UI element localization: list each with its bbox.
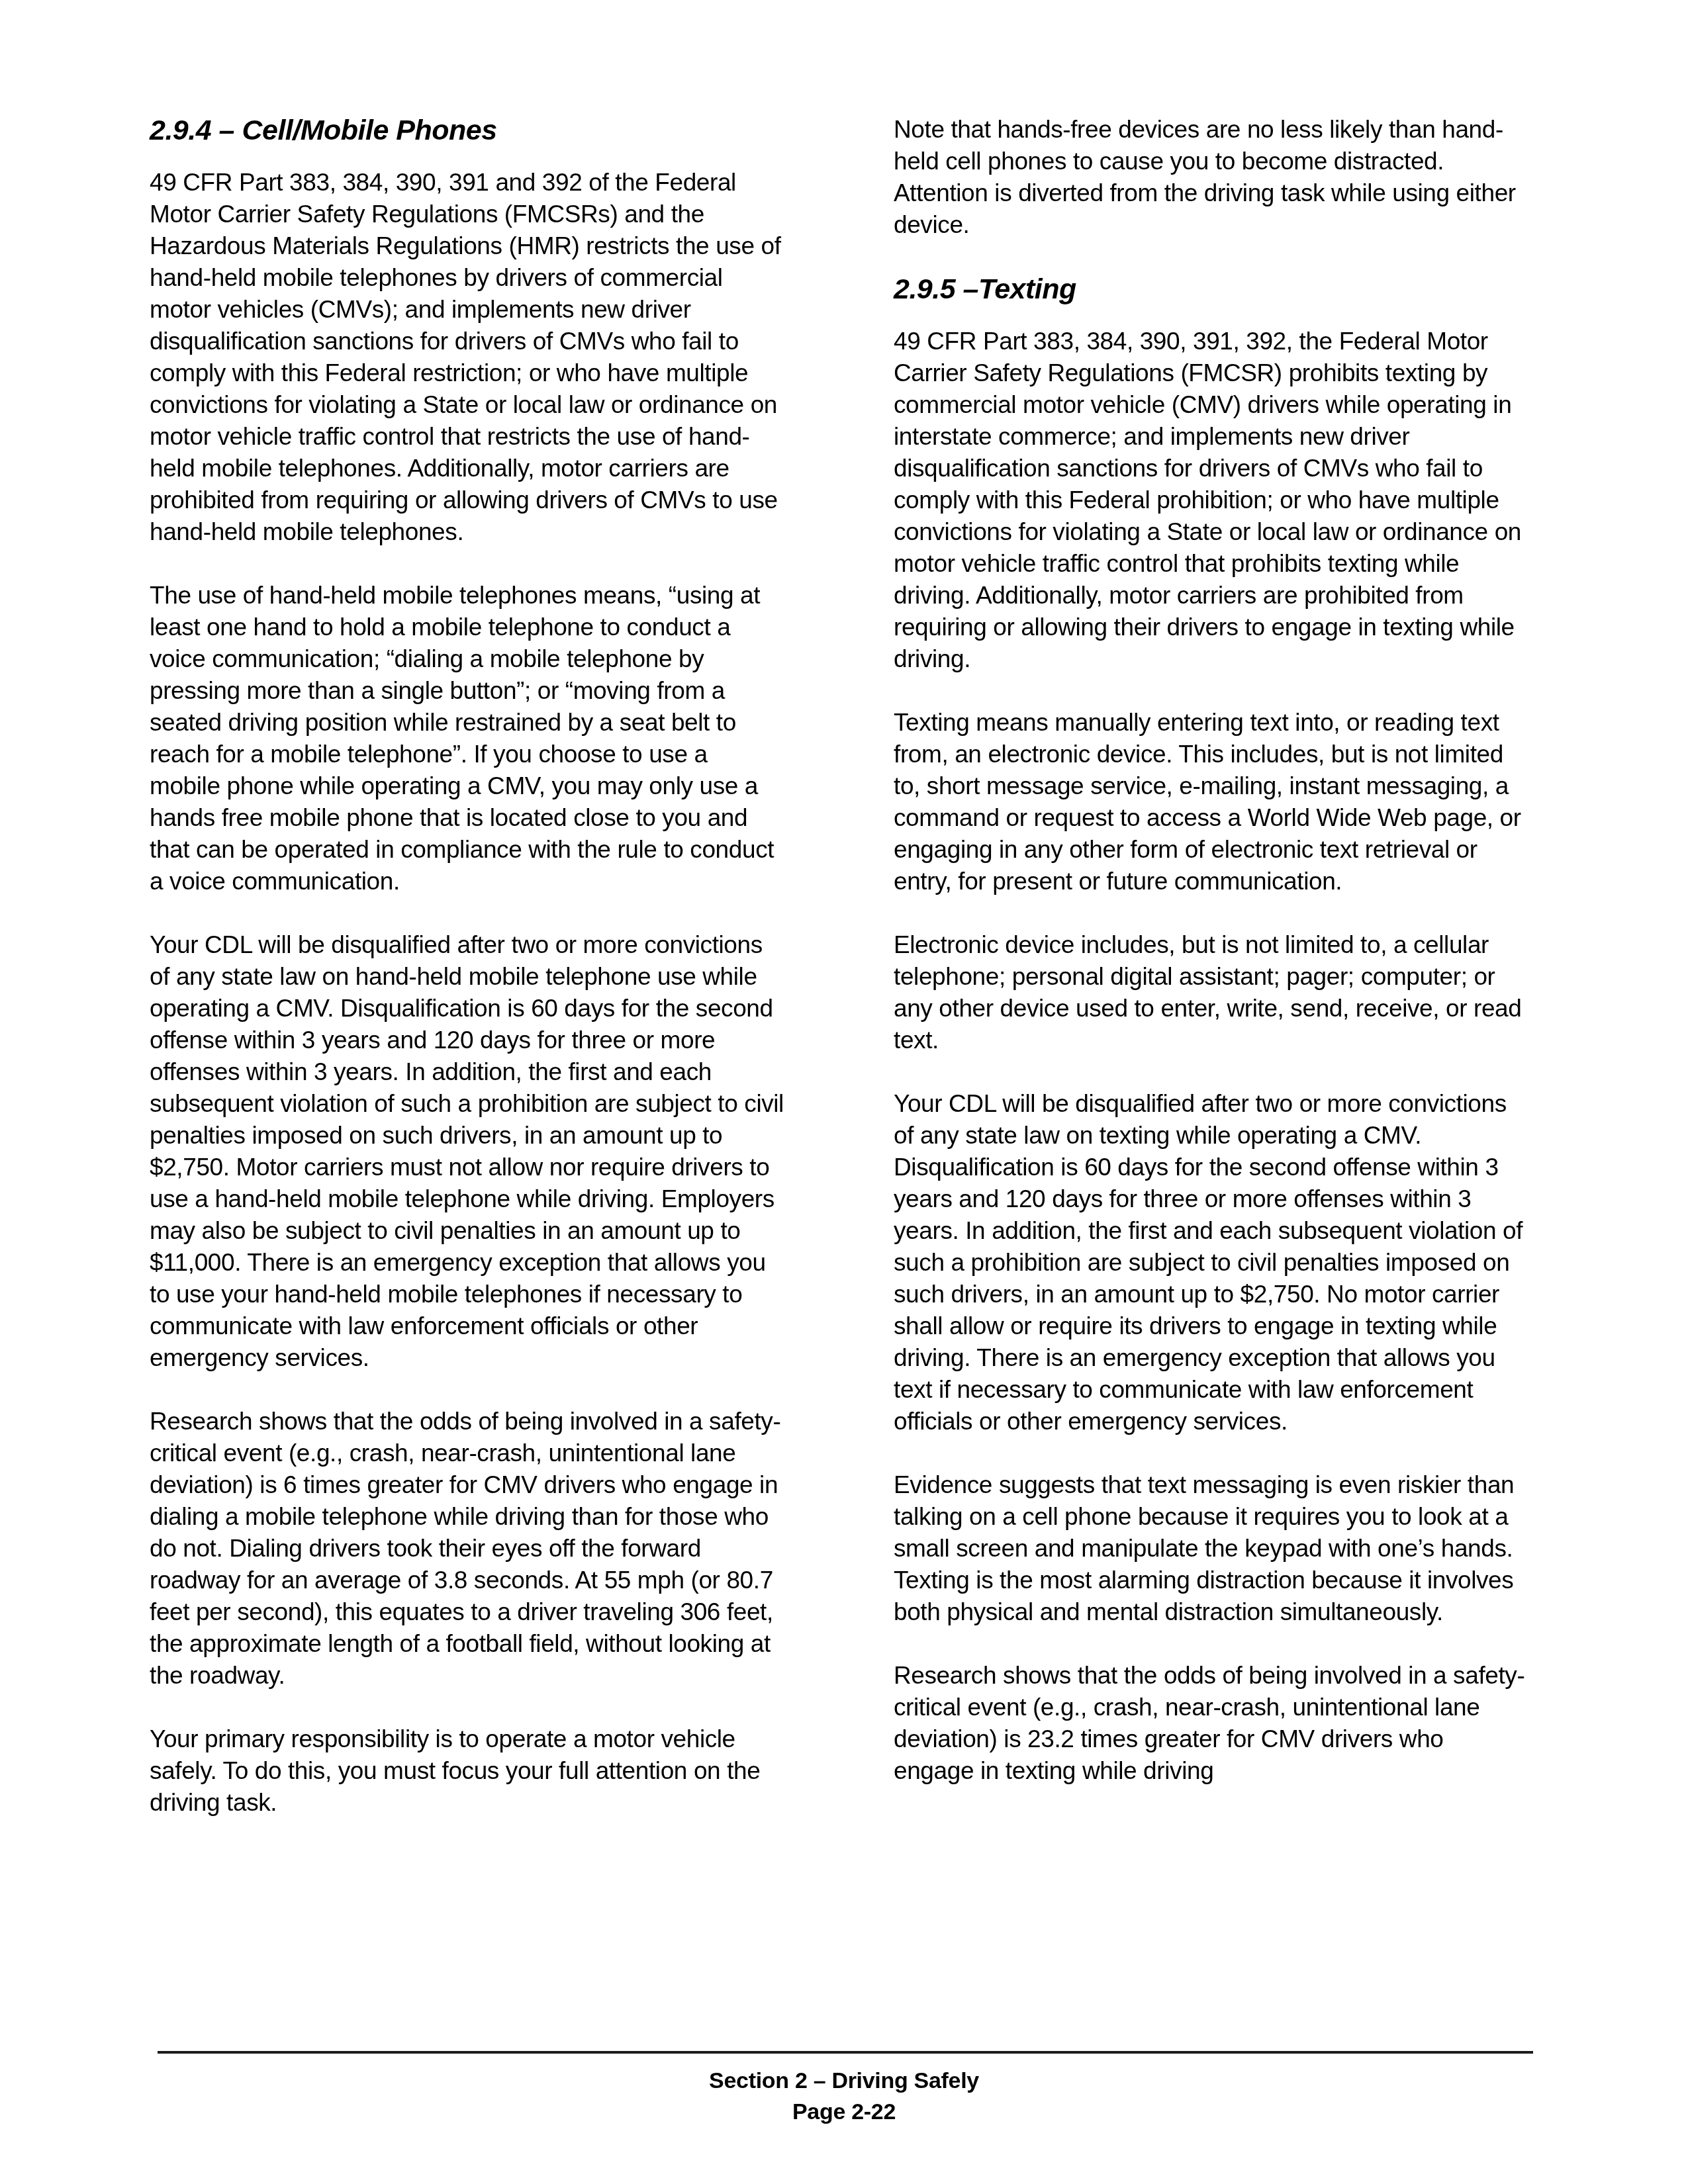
paragraph: Electronic device includes, but is not l… <box>894 929 1528 1056</box>
document-page: 2.9.4 – Cell/Mobile Phones 49 CFR Part 3… <box>0 0 1688 2184</box>
section-295-heading: 2.9.5 –Texting <box>894 273 1528 306</box>
section-294-heading: 2.9.4 – Cell/Mobile Phones <box>150 114 784 147</box>
paragraph: The use of hand-held mobile telephones m… <box>150 580 784 897</box>
page-footer: Section 2 – Driving Safely Page 2-22 <box>0 2066 1688 2128</box>
paragraph: Texting means manually entering text int… <box>894 707 1528 897</box>
paragraph: 49 CFR Part 383, 384, 390, 391 and 392 o… <box>150 167 784 548</box>
paragraph: 49 CFR Part 383, 384, 390, 391, 392, the… <box>894 326 1528 675</box>
left-column: 2.9.4 – Cell/Mobile Phones 49 CFR Part 3… <box>150 114 784 1850</box>
paragraph: Research shows that the odds of being in… <box>150 1406 784 1692</box>
right-column: Note that hands-free devices are no less… <box>894 114 1528 1819</box>
footer-page-label: Page 2-22 <box>0 2097 1688 2128</box>
footer-section-label: Section 2 – Driving Safely <box>0 2066 1688 2097</box>
paragraph: Your CDL will be disqualified after two … <box>894 1088 1528 1437</box>
paragraph: Your primary responsibility is to operat… <box>150 1723 784 1819</box>
paragraph: Research shows that the odds of being in… <box>894 1660 1528 1787</box>
paragraph: Evidence suggests that text messaging is… <box>894 1469 1528 1628</box>
footer-divider <box>158 2051 1533 2054</box>
paragraph: Note that hands-free devices are no less… <box>894 114 1528 241</box>
paragraph: Your CDL will be disqualified after two … <box>150 929 784 1374</box>
